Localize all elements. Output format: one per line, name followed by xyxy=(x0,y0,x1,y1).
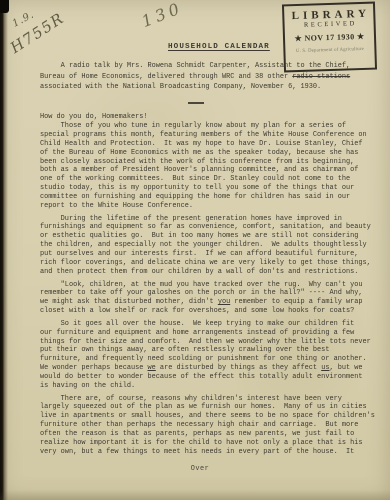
section-divider xyxy=(188,102,204,104)
body-paragraph: During the lifetime of the present gener… xyxy=(40,215,372,277)
document-page: 1.9. H755R 130 LIBRARY RECEIVED ★ NOV 17… xyxy=(0,0,390,500)
header-paragraph: A radio talk by Mrs. Rowena Schmidt Carp… xyxy=(40,61,372,93)
body-paragraph: There are, of course, reasons why childr… xyxy=(40,395,372,457)
page-title: HOUSEHOLD CALENDAR xyxy=(168,43,270,52)
scan-corner-mark xyxy=(0,0,9,13)
body-paragraph: Those of you who tune in regularly know … xyxy=(40,122,372,211)
body-paragraph: So it goes all over the house. We keep t… xyxy=(40,320,372,391)
scan-edge-left xyxy=(0,0,8,500)
salutation-line: How do you do, Homemakers! xyxy=(40,113,372,122)
handwritten-page-number: 130 xyxy=(139,0,186,31)
footer-over-label: Over xyxy=(40,465,372,474)
body-paragraph: "Look, children, at the mud you have tra… xyxy=(40,281,372,317)
scan-edge-bottom xyxy=(0,490,390,500)
stamp-date: ★ NOV 17 1930 ★ xyxy=(285,32,374,44)
document-body: HOUSEHOLD CALENDAR A radio talk by Mrs. … xyxy=(40,43,372,474)
